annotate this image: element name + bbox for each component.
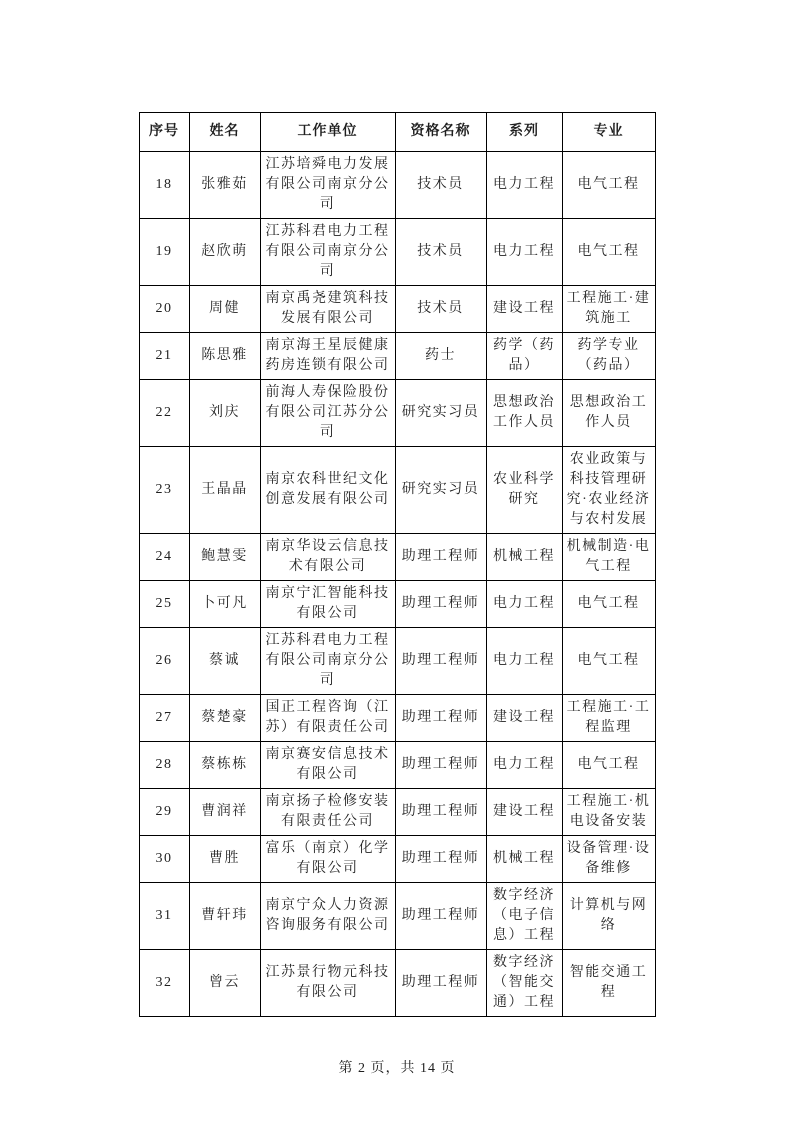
cell-seq: 20 — [139, 286, 189, 333]
cell-name: 陈思雅 — [189, 333, 260, 380]
header-name: 姓名 — [189, 113, 260, 152]
cell-seq: 28 — [139, 742, 189, 789]
cell-seq: 27 — [139, 695, 189, 742]
header-series: 系列 — [486, 113, 562, 152]
cell-name: 曹轩玮 — [189, 883, 260, 950]
cell-employer: 南京宁汇智能科技有限公司 — [260, 581, 395, 628]
table-row: 32 曾云 江苏景行物元科技有限公司 助理工程师 数字经济（智能交通）工程 智能… — [139, 950, 655, 1017]
cell-series: 电力工程 — [486, 219, 562, 286]
cell-series: 建设工程 — [486, 286, 562, 333]
cell-qualification: 技术员 — [395, 152, 486, 219]
cell-specialty: 电气工程 — [562, 742, 655, 789]
cell-qualification: 助理工程师 — [395, 950, 486, 1017]
cell-employer: 南京宁众人力资源咨询服务有限公司 — [260, 883, 395, 950]
cell-employer: 国正工程咨询（江苏）有限责任公司 — [260, 695, 395, 742]
cell-seq: 30 — [139, 836, 189, 883]
cell-name: 曹胜 — [189, 836, 260, 883]
cell-series: 电力工程 — [486, 152, 562, 219]
table-row: 27 蔡楚豪 国正工程咨询（江苏）有限责任公司 助理工程师 建设工程 工程施工·… — [139, 695, 655, 742]
table-row: 30 曹胜 富乐（南京）化学有限公司 助理工程师 机械工程 设备管理·设备维修 — [139, 836, 655, 883]
cell-name: 蔡诚 — [189, 628, 260, 695]
table-row: 25 卜可凡 南京宁汇智能科技有限公司 助理工程师 电力工程 电气工程 — [139, 581, 655, 628]
header-seq: 序号 — [139, 113, 189, 152]
table-row: 18 张雅茹 江苏培舜电力发展有限公司南京分公司 技术员 电力工程 电气工程 — [139, 152, 655, 219]
cell-specialty: 电气工程 — [562, 152, 655, 219]
cell-specialty: 思想政治工作人员 — [562, 380, 655, 447]
cell-series: 机械工程 — [486, 534, 562, 581]
cell-seq: 24 — [139, 534, 189, 581]
header-employer: 工作单位 — [260, 113, 395, 152]
cell-name: 曹润祥 — [189, 789, 260, 836]
cell-employer: 富乐（南京）化学有限公司 — [260, 836, 395, 883]
cell-seq: 21 — [139, 333, 189, 380]
cell-qualification: 助理工程师 — [395, 883, 486, 950]
cell-employer: 南京农科世纪文化创意发展有限公司 — [260, 447, 395, 534]
cell-name: 蔡栋栋 — [189, 742, 260, 789]
cell-specialty: 农业政策与科技管理研究·农业经济与农村发展 — [562, 447, 655, 534]
cell-name: 曾云 — [189, 950, 260, 1017]
cell-seq: 23 — [139, 447, 189, 534]
cell-series: 机械工程 — [486, 836, 562, 883]
cell-name: 刘庆 — [189, 380, 260, 447]
cell-seq: 26 — [139, 628, 189, 695]
qualification-table: 序号 姓名 工作单位 资格名称 系列 专业 18 张雅茹 江苏培舜电力发展有限公… — [139, 112, 656, 1017]
cell-series: 数字经济（电子信息）工程 — [486, 883, 562, 950]
cell-employer: 前海人寿保险股份有限公司江苏分公司 — [260, 380, 395, 447]
cell-specialty: 工程施工·机电设备安装 — [562, 789, 655, 836]
cell-qualification: 助理工程师 — [395, 534, 486, 581]
cell-employer: 江苏科君电力工程有限公司南京分公司 — [260, 219, 395, 286]
cell-qualification: 助理工程师 — [395, 628, 486, 695]
table-row: 29 曹润祥 南京扬子检修安装有限责任公司 助理工程师 建设工程 工程施工·机电… — [139, 789, 655, 836]
cell-seq: 31 — [139, 883, 189, 950]
cell-employer: 南京赛安信息技术有限公司 — [260, 742, 395, 789]
cell-name: 赵欣萌 — [189, 219, 260, 286]
cell-qualification: 研究实习员 — [395, 447, 486, 534]
cell-qualification: 技术员 — [395, 219, 486, 286]
cell-series: 建设工程 — [486, 695, 562, 742]
cell-series: 思想政治工作人员 — [486, 380, 562, 447]
table-row: 26 蔡诚 江苏科君电力工程有限公司南京分公司 助理工程师 电力工程 电气工程 — [139, 628, 655, 695]
cell-qualification: 药士 — [395, 333, 486, 380]
cell-qualification: 助理工程师 — [395, 789, 486, 836]
table-row: 31 曹轩玮 南京宁众人力资源咨询服务有限公司 助理工程师 数字经济（电子信息）… — [139, 883, 655, 950]
cell-name: 蔡楚豪 — [189, 695, 260, 742]
cell-series: 数字经济（智能交通）工程 — [486, 950, 562, 1017]
cell-name: 鲍慧雯 — [189, 534, 260, 581]
table-row: 28 蔡栋栋 南京赛安信息技术有限公司 助理工程师 电力工程 电气工程 — [139, 742, 655, 789]
table-row: 20 周健 南京禹尧建筑科技发展有限公司 技术员 建设工程 工程施工·建筑施工 — [139, 286, 655, 333]
table-row: 23 王晶晶 南京农科世纪文化创意发展有限公司 研究实习员 农业科学研究 农业政… — [139, 447, 655, 534]
cell-employer: 南京禹尧建筑科技发展有限公司 — [260, 286, 395, 333]
cell-qualification: 助理工程师 — [395, 581, 486, 628]
cell-name: 周健 — [189, 286, 260, 333]
table-row: 19 赵欣萌 江苏科君电力工程有限公司南京分公司 技术员 电力工程 电气工程 — [139, 219, 655, 286]
cell-seq: 19 — [139, 219, 189, 286]
cell-seq: 22 — [139, 380, 189, 447]
cell-employer: 江苏科君电力工程有限公司南京分公司 — [260, 628, 395, 695]
cell-name: 张雅茹 — [189, 152, 260, 219]
cell-specialty: 智能交通工程 — [562, 950, 655, 1017]
cell-employer: 江苏景行物元科技有限公司 — [260, 950, 395, 1017]
cell-series: 建设工程 — [486, 789, 562, 836]
cell-seq: 32 — [139, 950, 189, 1017]
cell-employer: 南京海王星辰健康药房连锁有限公司 — [260, 333, 395, 380]
cell-series: 电力工程 — [486, 581, 562, 628]
cell-name: 王晶晶 — [189, 447, 260, 534]
cell-specialty: 机械制造·电气工程 — [562, 534, 655, 581]
cell-qualification: 技术员 — [395, 286, 486, 333]
cell-seq: 18 — [139, 152, 189, 219]
cell-specialty: 电气工程 — [562, 628, 655, 695]
table-row: 24 鲍慧雯 南京华设云信息技术有限公司 助理工程师 机械工程 机械制造·电气工… — [139, 534, 655, 581]
header-qualification: 资格名称 — [395, 113, 486, 152]
document-page: 序号 姓名 工作单位 资格名称 系列 专业 18 张雅茹 江苏培舜电力发展有限公… — [0, 0, 794, 1122]
cell-qualification: 助理工程师 — [395, 836, 486, 883]
header-specialty: 专业 — [562, 113, 655, 152]
cell-employer: 南京华设云信息技术有限公司 — [260, 534, 395, 581]
cell-seq: 29 — [139, 789, 189, 836]
cell-specialty: 工程施工·建筑施工 — [562, 286, 655, 333]
cell-specialty: 药学专业（药品） — [562, 333, 655, 380]
page-number: 第 2 页，共 14 页 — [0, 1057, 794, 1077]
cell-qualification: 研究实习员 — [395, 380, 486, 447]
cell-name: 卜可凡 — [189, 581, 260, 628]
cell-specialty: 计算机与网络 — [562, 883, 655, 950]
cell-series: 电力工程 — [486, 742, 562, 789]
cell-series: 电力工程 — [486, 628, 562, 695]
table-header-row: 序号 姓名 工作单位 资格名称 系列 专业 — [139, 113, 655, 152]
cell-employer: 南京扬子检修安装有限责任公司 — [260, 789, 395, 836]
table-row: 22 刘庆 前海人寿保险股份有限公司江苏分公司 研究实习员 思想政治工作人员 思… — [139, 380, 655, 447]
cell-specialty: 电气工程 — [562, 219, 655, 286]
cell-seq: 25 — [139, 581, 189, 628]
cell-series: 农业科学研究 — [486, 447, 562, 534]
cell-specialty: 工程施工·工程监理 — [562, 695, 655, 742]
cell-specialty: 设备管理·设备维修 — [562, 836, 655, 883]
cell-employer: 江苏培舜电力发展有限公司南京分公司 — [260, 152, 395, 219]
cell-series: 药学（药品） — [486, 333, 562, 380]
table-row: 21 陈思雅 南京海王星辰健康药房连锁有限公司 药士 药学（药品） 药学专业（药… — [139, 333, 655, 380]
cell-qualification: 助理工程师 — [395, 695, 486, 742]
cell-qualification: 助理工程师 — [395, 742, 486, 789]
cell-specialty: 电气工程 — [562, 581, 655, 628]
